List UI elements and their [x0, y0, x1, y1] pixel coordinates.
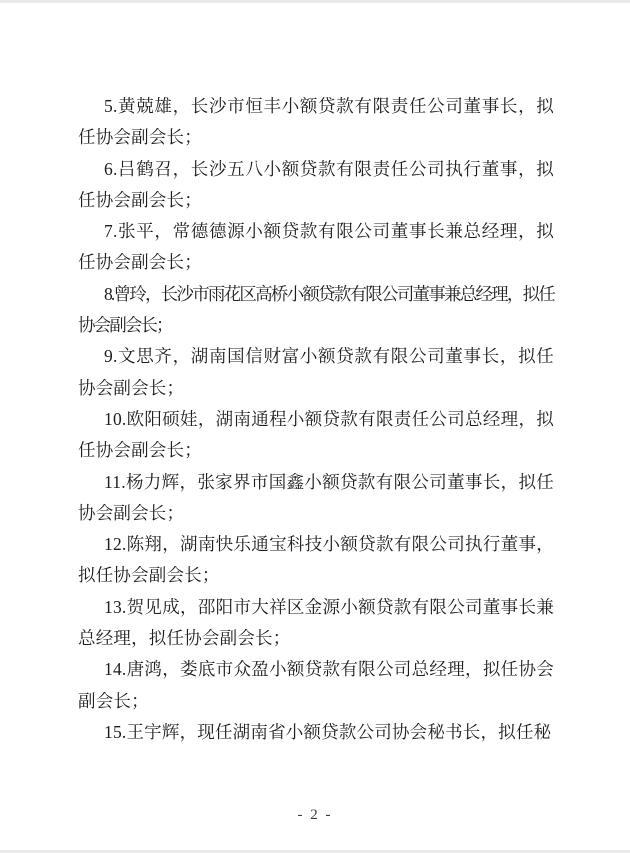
page-top-edge [0, 0, 630, 3]
list-item: 7.张平，常德德源小额贷款有限公司董事长兼总经理，拟任协会副会长； [78, 216, 554, 279]
list-item: 12.陈翔，湖南快乐通宝科技小额贷款有限公司执行董事，拟任协会副会长； [78, 529, 554, 592]
list-item: 8.曾玲，长沙市雨花区高桥小额贷款有限公司董事兼总经理，拟任协会副会长； [78, 279, 554, 342]
list-item: 14.唐鸿，娄底市众盈小额贷款有限公司总经理，拟任协会副会长； [78, 654, 554, 717]
document-page: 5.黄兢雄，长沙市恒丰小额贷款有限责任公司董事长，拟任协会副会长； 6.吕鹤召，… [0, 0, 630, 853]
list-item: 10.欧阳硕娃，湖南通程小额贷款有限责任公司总经理，拟任协会副会长； [78, 404, 554, 467]
list-item: 5.黄兢雄，长沙市恒丰小额贷款有限责任公司董事长，拟任协会副会长； [78, 91, 554, 154]
list-item: 9.文思齐，湖南国信财富小额贷款有限公司董事长，拟任协会副会长； [78, 341, 554, 404]
list-item: 11.杨力辉，张家界市国鑫小额贷款有限公司董事长，拟任协会副会长； [78, 467, 554, 530]
list-item: 13.贺见成，邵阳市大祥区金源小额贷款有限公司董事长兼总经理，拟任协会副会长； [78, 592, 554, 655]
list-item: 6.吕鹤召，长沙五八小额贷款有限责任公司执行董事，拟任协会副会长； [78, 154, 554, 217]
list-item: 15.王宇辉，现任湖南省小额贷款公司协会秘书长，拟任秘 [78, 717, 554, 748]
document-body: 5.黄兢雄，长沙市恒丰小额贷款有限责任公司董事长，拟任协会副会长； 6.吕鹤召，… [78, 91, 554, 748]
page-number: - 2 - [0, 804, 630, 826]
